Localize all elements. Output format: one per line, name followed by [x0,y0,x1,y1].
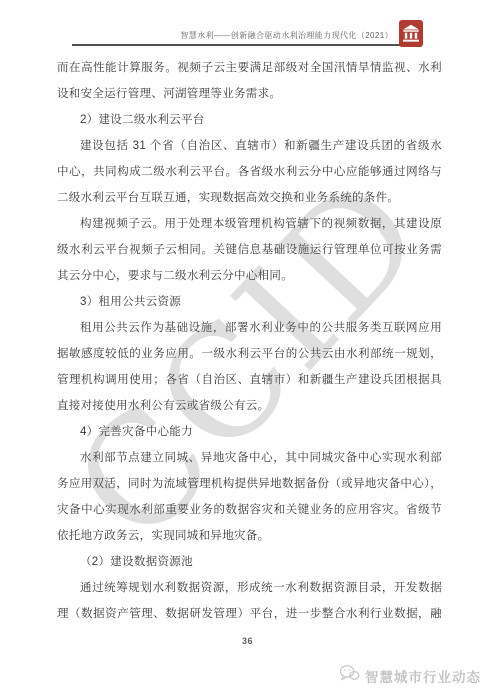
text-line: 而在高性能计算服务。视频子云主要满足部级对全国汛情旱情监视、水利工程建 [57,55,442,81]
document-page: 智慧水利——创新融合驱动水利治理能力现代化（2021） CCID 而在高性能计算… [0,0,495,700]
text-line: 2）建设二级水利云平台 [57,107,442,133]
text-line: 建设包括 31 个省（自治区、直辖市）和新疆生产建设兵团的省级水利云分 [57,133,442,159]
text-line: 灾备中心实现水利部重要业务的数据容灾和关键业务的应用容灾。省级节点充分 [57,497,442,523]
text-line: 3）租用公共云资源 [57,289,442,315]
text-line: 据敏感度较低的业务应用。一级水利云平台的公共云由水利部统一规划，各流域 [57,341,442,367]
header-title: 智慧水利——创新融合驱动水利治理能力现代化（2021） [180,30,393,41]
wechat-icon [339,664,360,687]
text-line: 设和安全运行管理、河湖管理等业务需求。 [57,81,442,107]
text-line: 务应用双活，同时为流域管理机构提供异地数据备份（或异地灾备中心），异地 [57,471,442,497]
text-line: 水利部节点建立同城、异地灾备中心，其中同城灾备中心实现水利部关键业 [57,445,442,471]
text-line: 级水利云平台视频子云相同。关键信息基础设施运行管理单位可按业务需要构建 [57,237,442,263]
text-line: 构建视频子云。用于处理本级管理机构管辖下的视频数据，其建设原则与一 [57,211,442,237]
footer-brand-text: 智慧城市行业动态 [365,666,481,686]
header-rule [72,44,413,46]
content-lines: 而在高性能计算服务。视频子云主要满足部级对全国汛情旱情监视、水利工程建设和安全运… [57,55,442,627]
text-line: （2）建设数据资源池 [57,549,442,575]
text-line: 管理机构调用使用；各省（自治区、直辖市）和新疆生产建设兵团根据具体情况 [57,367,442,393]
page-number: 36 [0,636,495,646]
text-line: 中心，共同构成二级水利云平台。各省级水利云分中心应能够通过网络与一级、 [57,159,442,185]
text-line: 其云分中心，要求与二级水利云分中心相同。 [57,263,442,289]
text-line: 二级水利云平台互联互通，实现数据高效交换和业务系统的条件。 [57,185,442,211]
text-line: 依托地方政务云，实现同城和异地灾备。 [57,523,442,549]
text-line: 租用公共云作为基础设施，部署水利业务中的公共服务类互联网应用以及数 [57,315,442,341]
publisher-logo [399,20,423,47]
bank-building-icon [402,24,420,43]
text-line: 通过统筹规划水利数据资源，形成统一水利数据资源目录，开发数据资源管 [57,575,442,601]
text-line: 4）完善灾备中心能力 [57,419,442,445]
text-line: 理（数据资产管理、数据研发管理）平台，进一步整合水利行业数据，融合相关 [57,601,442,627]
footer-brand: 智慧城市行业动态 [339,664,481,687]
text-line: 直接对接使用水利公有云或省级公有云。 [57,393,442,419]
